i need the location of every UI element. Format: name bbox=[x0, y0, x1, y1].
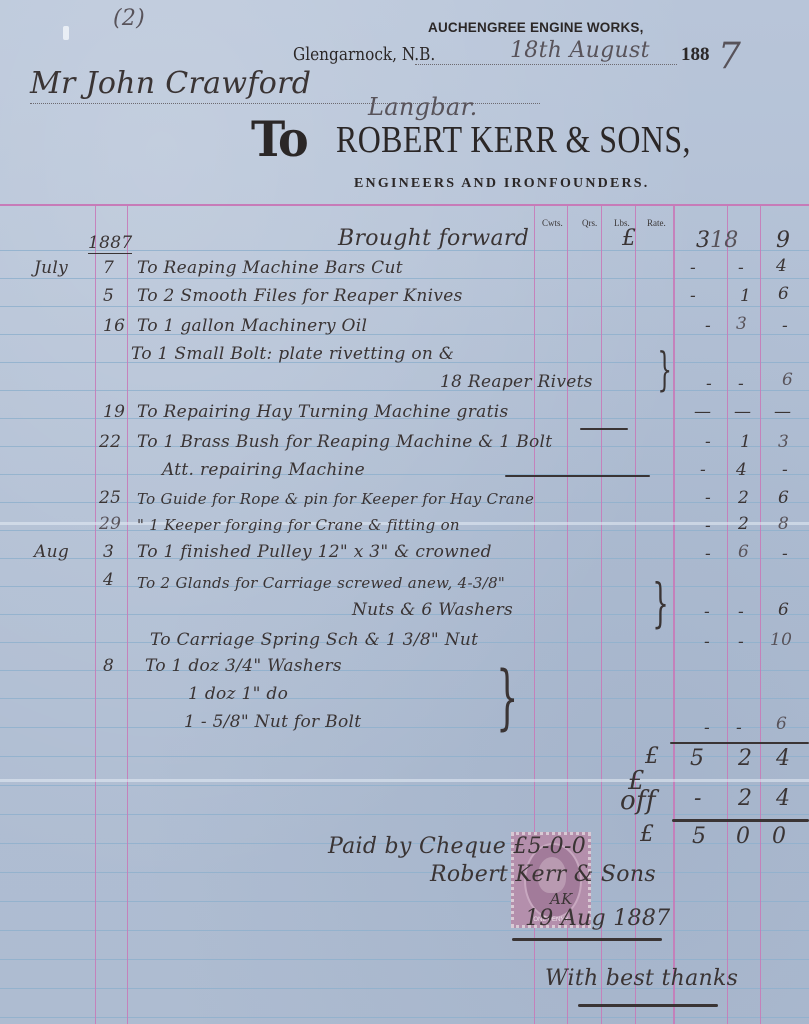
item-pounds: - bbox=[705, 516, 711, 536]
thanks-underline bbox=[578, 1004, 718, 1007]
subtotal-pence: 4 bbox=[776, 746, 790, 771]
item-shillings: 2 bbox=[738, 488, 749, 508]
item-desc: To 1 Small Bolt: plate rivetting on & bbox=[131, 344, 454, 364]
total-sign: £ bbox=[640, 822, 654, 847]
item-pence: 6 bbox=[778, 488, 789, 508]
year-printed: 188 bbox=[681, 44, 710, 66]
bf-shillings: 18 bbox=[710, 228, 739, 253]
item-day: 16 bbox=[103, 316, 125, 336]
item-pence: — bbox=[774, 402, 791, 422]
item-pence: 6 bbox=[778, 600, 789, 620]
item-month: July bbox=[34, 258, 68, 278]
item-desc: To 2 Glands for Carriage screwed anew, 4… bbox=[137, 574, 505, 592]
brace-icon: } bbox=[652, 574, 669, 634]
ledger-year: 1887 bbox=[88, 233, 132, 254]
item-desc: 18 Reaper Rivets bbox=[440, 372, 593, 392]
item-desc: 1 doz 1" do bbox=[188, 684, 288, 704]
item-pounds: - bbox=[690, 286, 696, 306]
item-shillings: 6 bbox=[738, 542, 749, 562]
item-desc: To 1 doz 3/4" Washers bbox=[145, 656, 342, 676]
item-shillings: - bbox=[738, 632, 744, 652]
item-month: Aug bbox=[34, 542, 69, 562]
col-rate: Rate. bbox=[647, 218, 666, 228]
place-name: Glengarnock, N.B. bbox=[293, 44, 435, 65]
subtotal-sign: £ bbox=[645, 744, 659, 769]
item-pence: 6 bbox=[778, 284, 789, 304]
item-day: 3 bbox=[103, 542, 114, 562]
fill-line bbox=[505, 475, 650, 477]
brace-icon: } bbox=[496, 656, 518, 738]
total-pence: 0 bbox=[772, 824, 786, 849]
item-shillings: 4 bbox=[736, 460, 747, 480]
item-desc: To 1 finished Pulley 12" x 3" & crowned bbox=[137, 542, 492, 562]
item-pounds: - bbox=[704, 602, 710, 622]
item-pence: - bbox=[782, 544, 788, 564]
col-cwts: Cwts. bbox=[542, 218, 563, 228]
item-pounds: — bbox=[694, 402, 711, 422]
addressee-name: Mr John Crawford bbox=[30, 66, 311, 101]
item-desc: To Guide for Rope & pin for Keeper for H… bbox=[137, 490, 534, 508]
invoice-date: 18th August bbox=[510, 38, 650, 63]
discount-pounds: - bbox=[694, 786, 702, 811]
firm-name: ROBERT KERR & SONS, bbox=[336, 118, 691, 162]
item-pence: 3 bbox=[778, 432, 789, 452]
total-shillings: 0 bbox=[736, 824, 750, 849]
sum-rule bbox=[670, 742, 809, 744]
item-pounds: - bbox=[705, 316, 711, 336]
item-day: 25 bbox=[99, 488, 121, 508]
item-desc: Att. repairing Machine bbox=[162, 460, 365, 480]
item-pence: 8 bbox=[778, 514, 789, 534]
item-shillings: - bbox=[738, 258, 744, 278]
header-rule bbox=[0, 204, 809, 206]
gratis-underline bbox=[580, 428, 628, 430]
item-pounds: - bbox=[704, 632, 710, 652]
discount-shillings: 2 bbox=[738, 786, 752, 811]
item-desc: " 1 Keeper forging for Crane & fitting o… bbox=[137, 516, 460, 534]
item-desc: To 1 Brass Bush for Reaping Machine & 1 … bbox=[137, 432, 552, 452]
to-word: To bbox=[251, 111, 307, 168]
subtotal-pounds: 5 bbox=[690, 746, 704, 771]
item-shillings: 2 bbox=[738, 514, 749, 534]
signature-underline bbox=[512, 938, 662, 941]
item-day: 29 bbox=[99, 514, 121, 534]
item-pence: 4 bbox=[776, 256, 787, 276]
item-day: 5 bbox=[103, 286, 114, 306]
col-qrs: Qrs. bbox=[582, 218, 597, 228]
item-pounds: - bbox=[705, 544, 711, 564]
item-pounds: - bbox=[706, 374, 712, 394]
year-digit: 7 bbox=[718, 36, 741, 77]
item-shillings: 1 bbox=[740, 432, 751, 452]
bf-pounds: 3 bbox=[696, 228, 710, 253]
item-desc: To Repairing Hay Turning Machine gratis bbox=[137, 402, 508, 422]
item-pence: 6 bbox=[782, 370, 793, 390]
total-pounds: 5 bbox=[692, 824, 706, 849]
item-desc: 1 - 5/8" Nut for Bolt bbox=[184, 712, 361, 732]
trade-line: ENGINEERS AND IRONFOUNDERS. bbox=[354, 176, 650, 192]
item-desc: To Carriage Spring Sch & 1 3/8" Nut bbox=[150, 630, 478, 650]
item-pounds: - bbox=[705, 488, 711, 508]
paid-note: Paid by Cheque £5-0-0 bbox=[328, 834, 586, 859]
bf-pence: 9 bbox=[776, 228, 790, 253]
pin-hole bbox=[63, 26, 69, 40]
item-shillings: 3 bbox=[736, 314, 747, 334]
addressee-place: Langbar. bbox=[368, 93, 478, 121]
item-shillings: - bbox=[736, 718, 742, 738]
signature: Robert Kerr & Sons bbox=[430, 862, 656, 887]
discount-label: off bbox=[620, 786, 656, 816]
date-line bbox=[415, 64, 677, 65]
item-desc: To 1 gallon Machinery Oil bbox=[137, 316, 367, 336]
subtotal-shillings: 2 bbox=[738, 746, 752, 771]
receipt-date: 19 Aug 1887 bbox=[525, 906, 670, 931]
total-rule bbox=[672, 819, 809, 822]
item-pence: 6 bbox=[776, 714, 787, 734]
item-desc: To 2 Smooth Files for Reaper Knives bbox=[137, 286, 463, 306]
item-shillings: 1 bbox=[740, 286, 751, 306]
item-pence: 10 bbox=[770, 630, 792, 650]
item-desc: Nuts & 6 Washers bbox=[352, 600, 513, 620]
item-day: 4 bbox=[103, 570, 114, 590]
brace-icon: } bbox=[657, 342, 672, 396]
paper-fold bbox=[0, 779, 809, 782]
item-shillings: - bbox=[738, 374, 744, 394]
item-shillings: - bbox=[738, 602, 744, 622]
item-pounds: - bbox=[705, 432, 711, 452]
discount-pence: 4 bbox=[776, 786, 790, 811]
item-pounds: - bbox=[700, 460, 706, 480]
item-day: 8 bbox=[103, 656, 114, 676]
item-shillings: - bbox=[690, 258, 696, 278]
item-pence: - bbox=[782, 316, 788, 336]
item-shillings: — bbox=[734, 402, 751, 422]
item-pence: - bbox=[782, 460, 788, 480]
item-day: 19 bbox=[103, 402, 125, 422]
item-pounds: - bbox=[704, 718, 710, 738]
reference-mark: (2) bbox=[113, 6, 145, 31]
item-desc: To Reaping Machine Bars Cut bbox=[137, 258, 403, 278]
brought-forward-label: Brought forward bbox=[338, 226, 529, 251]
item-day: 7 bbox=[103, 258, 114, 278]
item-day: 22 bbox=[99, 432, 121, 452]
works-name: AUCHENGREE ENGINE WORKS, bbox=[428, 20, 644, 35]
currency-sign: £ bbox=[622, 226, 636, 251]
thanks-note: With best thanks bbox=[545, 966, 738, 991]
